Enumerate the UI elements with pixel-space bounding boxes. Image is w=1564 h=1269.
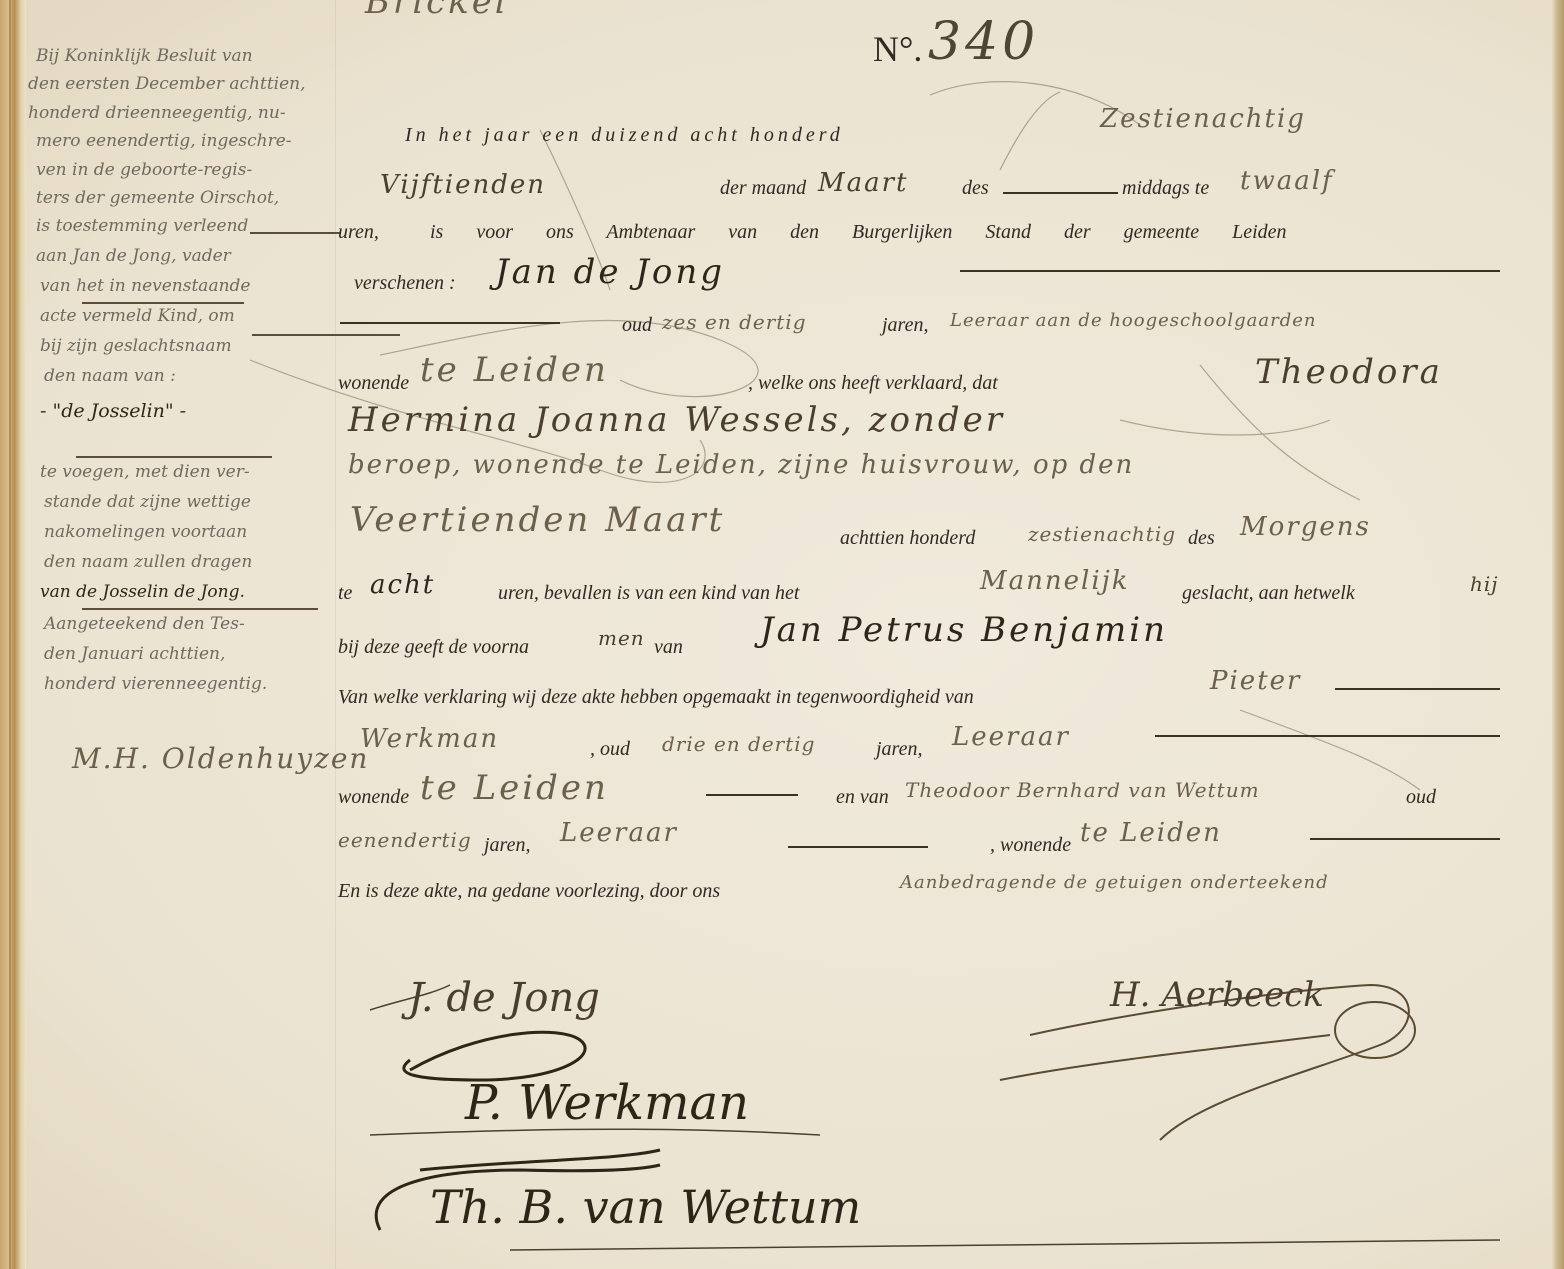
printed-der-maand: der maand xyxy=(720,177,806,200)
underline-de-josselin xyxy=(76,456,272,458)
hand-birth-date: Veertienden Maart xyxy=(350,500,725,540)
hand-birth-year: zestienachtig xyxy=(1028,522,1176,546)
underline-jan-de-jong xyxy=(82,302,244,304)
book-binding xyxy=(0,0,26,1269)
underline-de-josselin-de-jong xyxy=(82,608,318,610)
margin-line: van het in nevenstaande xyxy=(40,276,250,296)
top-handwritten-word: Brickel xyxy=(365,0,509,22)
margin-line: acte vermeld Kind, om xyxy=(40,306,235,326)
printed-line-1: In het jaar een duizend acht honderd xyxy=(405,124,844,147)
margin-line: den Januari achttien, xyxy=(44,644,225,664)
hand-witness1-surname: Werkman xyxy=(360,724,499,754)
margin-line-name: - "de Josselin" - xyxy=(40,400,186,422)
margin-line: honderd drieenneegentig, nu- xyxy=(28,103,286,123)
printed-oud-2: , oud xyxy=(590,738,630,761)
printed-jaren-3: jaren, xyxy=(484,834,530,857)
hand-time-of-day: Morgens xyxy=(1240,512,1371,542)
margin-line: is toestemming verleend xyxy=(36,216,248,236)
printed-en-van: en van xyxy=(836,786,889,809)
printed-des-2: des xyxy=(1188,527,1215,550)
hand-men: men xyxy=(598,626,645,650)
margin-signature: M.H. Oldenhuyzen xyxy=(72,742,369,775)
margin-line: aan Jan de Jong, vader xyxy=(36,246,231,266)
fill-line xyxy=(1155,735,1500,737)
document-page: Brickel N°. 340 Bij Koninklijk Besluit v… xyxy=(0,0,1564,1269)
blank-line xyxy=(1003,192,1118,194)
hand-birth-hour: acht xyxy=(370,570,435,600)
printed-voornamen: bij deze geeft de voorna xyxy=(338,636,529,659)
hand-mother-details: beroep, wonende te Leiden, zijne huisvro… xyxy=(348,450,1134,480)
margin-line: ters der gemeente Oirschot, xyxy=(36,188,279,208)
fill-line xyxy=(340,322,560,324)
margin-line-name: van de Josselin de Jong. xyxy=(40,582,245,602)
margin-line: den naam van : xyxy=(44,366,176,386)
printed-jaren: jaren, xyxy=(882,314,928,337)
margin-line: nakomelingen voortaan xyxy=(44,522,247,542)
certificate-number: 340 xyxy=(928,12,1039,72)
hand-residence: te Leiden xyxy=(420,350,609,390)
margin-line: ven in de geboorte-regis- xyxy=(36,160,252,180)
margin-line: Aangeteekend den Tes- xyxy=(44,614,245,634)
printed-van: van xyxy=(654,636,683,659)
signature-father: J. de Jong xyxy=(408,975,600,1021)
printed-oud: oud xyxy=(622,314,652,337)
margin-line: mero eenendertig, ingeschre- xyxy=(36,131,292,151)
hand-child-names: Jan Petrus Benjamin xyxy=(760,610,1168,650)
hand-witness2-residence: te Leiden xyxy=(1080,818,1222,848)
printed-jaren-2: jaren, xyxy=(876,738,922,761)
printed-wonende-2: wonende xyxy=(338,786,409,809)
hand-signing-clause: Aanbedragende de getuigen onderteekend xyxy=(900,872,1329,893)
hand-witness1-age: drie en dertig xyxy=(662,732,815,756)
margin-line: te voegen, met dien ver- xyxy=(40,462,250,482)
margin-line: stande dat zijne wettige xyxy=(44,492,251,512)
signature-witness1: P. Werkman xyxy=(465,1075,749,1131)
printed-achttien-honderd: achttien honderd xyxy=(840,527,975,550)
margin-line: Bij Koninklijk Besluit van xyxy=(36,46,253,66)
printed-wonende-3: , wonende xyxy=(990,834,1071,857)
signature-witness2: Th. B. van Wettum xyxy=(430,1180,861,1234)
hand-year-words: Zestienachtig xyxy=(1100,104,1306,134)
hand-witness2-age: eenendertig xyxy=(338,828,472,852)
margin-line: honderd vierenneegentig. xyxy=(44,674,267,694)
hand-witness1-first: Pieter xyxy=(1210,666,1301,696)
hand-witness1-residence: te Leiden xyxy=(420,768,609,808)
signature-registrar: H. Aerbeeck xyxy=(1110,975,1324,1015)
hand-hij: hij xyxy=(1470,572,1498,596)
fill-line xyxy=(788,846,928,848)
fill-line xyxy=(960,270,1500,272)
hand-age: zes en dertig xyxy=(662,310,807,334)
printed-wonende: wonende xyxy=(338,372,409,395)
printed-oud-3: oud xyxy=(1406,786,1436,809)
underline-oirschot xyxy=(250,232,340,234)
printed-en-is-deze-akte: En is deze akte, na gedane voorlezing, d… xyxy=(338,880,720,903)
printed-ambtenaar-line: is voor ons Ambtenaar van den Burgerlijk… xyxy=(430,221,1287,244)
hand-witness2-occ: Leeraar xyxy=(560,818,678,848)
hand-mother-first-name: Theodora xyxy=(1255,352,1443,392)
hand-hour: twaalf xyxy=(1240,166,1334,196)
hand-witness2-name: Theodoor Bernhard van Wettum xyxy=(905,778,1260,802)
hand-occupation: Leeraar aan de hoogeschoolgaarden xyxy=(950,310,1316,331)
printed-des: des xyxy=(962,177,989,200)
margin-rule xyxy=(335,0,336,1269)
margin-line: den naam zullen dragen xyxy=(44,552,252,572)
printed-van-welke-verklaring: Van welke verklaring wij deze akte hebbe… xyxy=(338,686,974,709)
hand-month: Maart xyxy=(818,168,909,198)
printed-geslacht: geslacht, aan hetwelk xyxy=(1182,582,1355,605)
fill-line xyxy=(1310,838,1500,840)
fill-line xyxy=(1335,688,1500,690)
printed-te: te xyxy=(338,582,352,605)
underline-nevenstaande xyxy=(252,334,400,336)
hand-declarant-name: Jan de Jong xyxy=(495,252,725,292)
hand-mother-names: Hermina Joanna Wessels, zonder xyxy=(348,400,1005,440)
printed-verschenen: verschenen : xyxy=(354,272,456,295)
margin-line: den eersten December achttien, xyxy=(28,74,306,94)
printed-middags-te: middags te xyxy=(1122,177,1209,200)
fill-line xyxy=(706,794,798,796)
printed-welke-ons: , welke ons heeft verklaard, dat xyxy=(748,372,998,395)
number-label: N°. xyxy=(873,28,922,70)
page-edge xyxy=(1552,0,1564,1269)
hand-day: Vijftienden xyxy=(380,170,546,200)
hand-sex: Mannelijk xyxy=(980,566,1129,596)
hand-witness1-occ: Leeraar xyxy=(952,722,1070,752)
printed-bevallen: uren, bevallen is van een kind van het xyxy=(498,582,799,605)
margin-line: bij zijn geslachtsnaam xyxy=(40,336,232,356)
printed-uren: uren, xyxy=(338,221,379,244)
